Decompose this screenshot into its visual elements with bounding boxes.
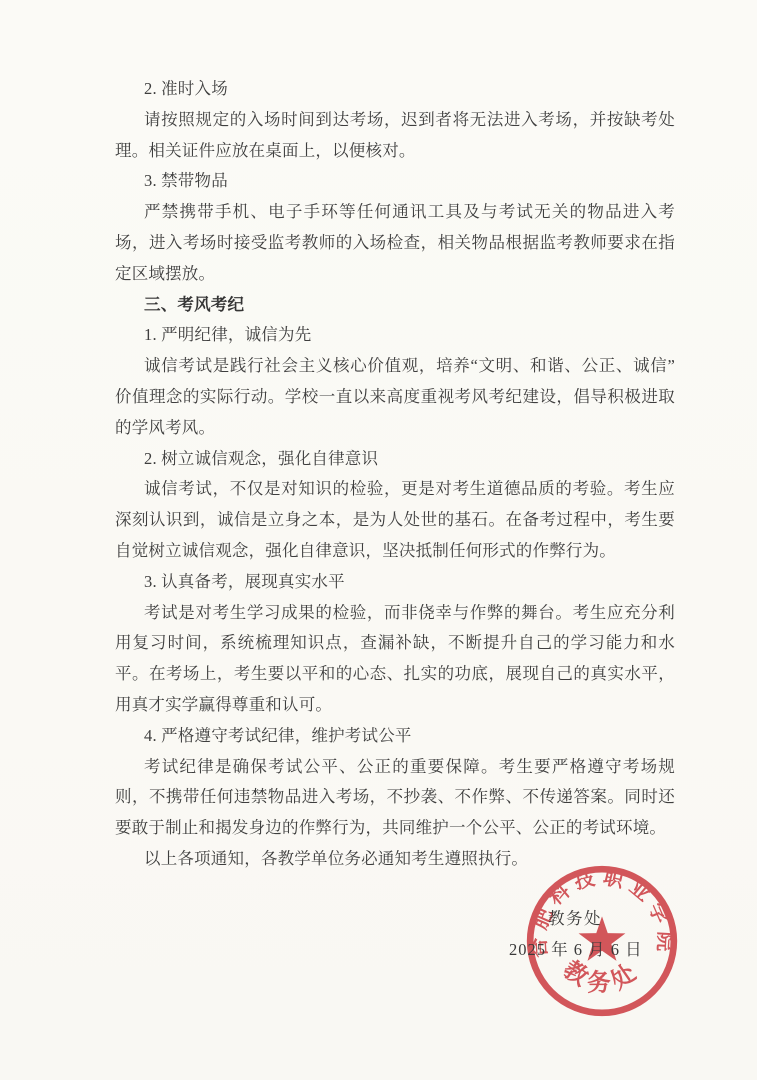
para-earnest-preparation: 考试是对考生学习成果的检验，而非侥幸与作弊的舞台。考生应充分利用复习时间，系统梳… bbox=[115, 598, 675, 721]
scanned-page: 2. 准时入场 请按照规定的入场时间到达考场，迟到者将无法进入考场，并按缺考处理… bbox=[0, 0, 757, 1080]
seal-bottom-arc-text: 教务处 bbox=[558, 956, 646, 997]
para-prohibited-items: 严禁携带手机、电子手环等任何通讯工具及与考试无关的物品进入考场，进入考场时接受监… bbox=[115, 197, 675, 289]
para-obey-rules: 考试纪律是确保考试公平、公正的重要保障。考生要严格遵守考场规则，不携带任何违禁物… bbox=[115, 752, 675, 844]
subheading-earnest-preparation: 3. 认真备考，展现真实水平 bbox=[115, 567, 675, 598]
signature-department: 教务处 bbox=[548, 905, 602, 929]
para-strict-discipline: 诚信考试是践行社会主义核心价值观，培养“文明、和谐、公正、诚信”价值理念的实际行… bbox=[115, 351, 675, 443]
para-integrity-mindset: 诚信考试，不仅是对知识的检验，更是对考生道德品质的考验。考生应深刻认识到，诚信是… bbox=[115, 474, 675, 566]
signature-date: 2025 年 6 月 6 日 bbox=[509, 936, 643, 960]
subheading-integrity-mindset: 2. 树立诚信观念，强化自律意识 bbox=[115, 444, 675, 475]
heading-exam-discipline: 三、考风考纪 bbox=[115, 290, 675, 321]
subheading-prohibited-items: 3. 禁带物品 bbox=[115, 166, 675, 197]
document-body: 2. 准时入场 请按照规定的入场时间到达考场，迟到者将无法进入考场，并按缺考处理… bbox=[115, 74, 675, 875]
subheading-obey-rules: 4. 严格遵守考试纪律，维护考试公平 bbox=[115, 721, 675, 752]
subheading-strict-discipline: 1. 严明纪律，诚信为先 bbox=[115, 320, 675, 351]
para-punctual-entry: 请按照规定的入场时间到达考场，迟到者将无法进入考场，并按缺考处理。相关证件应放在… bbox=[115, 105, 675, 167]
subheading-punctual-entry: 2. 准时入场 bbox=[115, 74, 675, 105]
